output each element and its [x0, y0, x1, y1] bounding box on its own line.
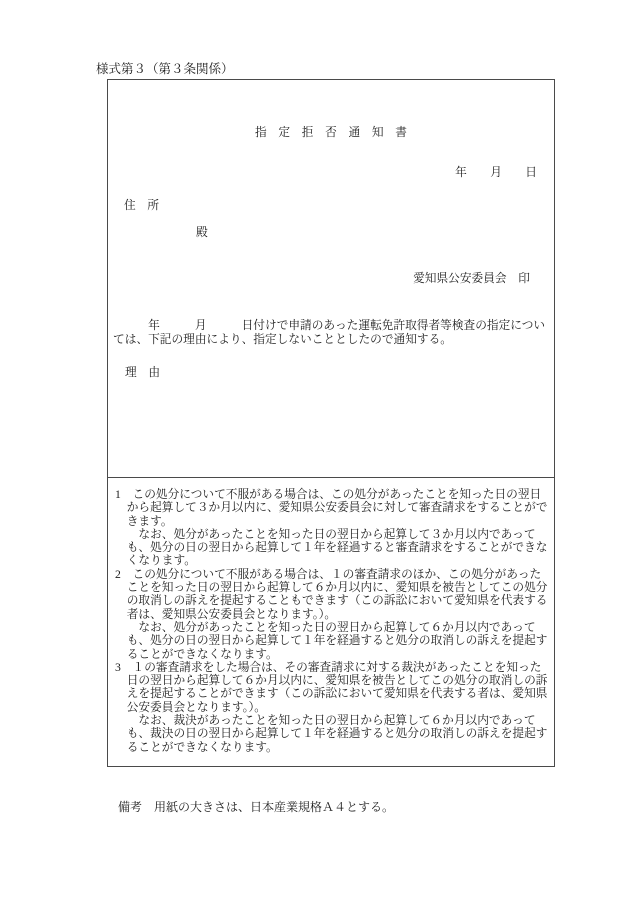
issuer-seal-line: 愛知県公安委員会 印	[413, 272, 530, 286]
document-border-box: 指 定 拒 否 通 知 書 年 月 日 住 所 殿 愛知県公安委員会 印 年 月…	[107, 79, 555, 767]
notification-body-paragraph: 年 月 日付けで申請のあった運転免許取得者等検査の指定につい ては、下記の理由に…	[113, 319, 550, 346]
appeal-notice-item-1: 1 この処分について不服がある場合は、この処分があったことを知った日の翌日 から…	[115, 488, 550, 568]
honorific-dono: 殿	[196, 226, 208, 240]
form-number-label: 様式第３（第３条関係）	[96, 62, 234, 77]
document-title: 指 定 拒 否 通 知 書	[108, 126, 554, 140]
appeal-notice-item-2: 2 この処分について不服がある場合は、１の審査請求のほか、この処分があった こと…	[115, 568, 550, 661]
appeal-notice-section: 1 この処分について不服がある場合は、この処分があったことを知った日の翌日 から…	[108, 477, 554, 766]
address-label: 住 所	[124, 199, 159, 213]
remarks-line: 備考用紙の大きさは、日本産業規格Ａ４とする。	[106, 786, 394, 828]
remarks-label: 備考	[118, 800, 142, 814]
reason-label: 理 由	[125, 366, 160, 380]
appeal-notice-item-3: 3 １の審査請求をした場合は、その審査請求に対する裁決があったことを知った 日の…	[115, 661, 550, 754]
date-line: 年 月 日	[455, 166, 537, 180]
document-page: 様式第３（第３条関係） 指 定 拒 否 通 知 書 年 月 日 住 所 殿 愛知…	[0, 0, 630, 903]
remarks-text: 用紙の大きさは、日本産業規格Ａ４とする。	[154, 800, 394, 814]
